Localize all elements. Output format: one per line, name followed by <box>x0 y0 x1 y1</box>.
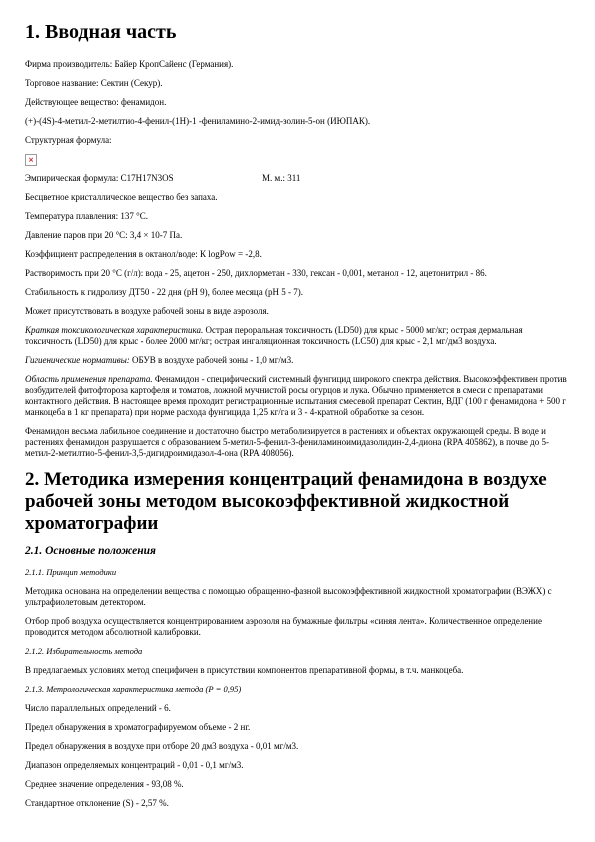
principle-paragraph-2: Отбор проб воздуха осуществляется концен… <box>25 616 570 638</box>
molar-mass-text: М. м.: 311 <box>262 173 300 184</box>
toxicology-lead: Краткая токсикологическая характеристика… <box>25 325 203 335</box>
manufacturer-line: Фирма производитель: Байер КропСайенс (Г… <box>25 59 570 70</box>
section-2-1-3-heading: 2.1.3. Метрологическая характеристика ме… <box>25 684 570 695</box>
metrology-line-detection-limit-air: Предел обнаружения в воздухе при отборе … <box>25 741 570 752</box>
section-2-1-heading: 2.1. Основные положения <box>25 544 570 558</box>
metrology-line-standard-deviation: Стандартное отклонение (S) - 2,57 %. <box>25 798 570 809</box>
aerosol-note-line: Может присутствовать в воздухе рабочей з… <box>25 306 570 317</box>
trade-name-line: Торговое название: Сектин (Секур). <box>25 78 570 89</box>
hygiene-standards-paragraph: Гигиенические нормативы: ОБУВ в воздухе … <box>25 355 570 366</box>
structural-formula-missing-image: × <box>25 154 37 166</box>
metrology-line-detection-limit-volume: Предел обнаружения в хроматографируемом … <box>25 722 570 733</box>
section-2-1-1-heading: 2.1.1. Принцип методики <box>25 567 570 578</box>
section-2-heading: 2. Методика измерения концентраций фенам… <box>25 469 570 535</box>
broken-image-icon: × <box>28 157 34 164</box>
empirical-formula-line: Эмпирическая формула: C17H17N3OS М. м.: … <box>25 173 570 184</box>
document-page: 1. Вводная часть Фирма производитель: Ба… <box>0 0 595 809</box>
partition-coefficient-line: Коэффициент распределения в октанол/воде… <box>25 249 570 260</box>
empirical-formula-text: Эмпирическая формула: C17H17N3OS <box>25 173 174 183</box>
metrology-line-mean-recovery: Среднее значение определения - 93,08 %. <box>25 779 570 790</box>
toxicology-paragraph: Краткая токсикологическая характеристика… <box>25 325 570 347</box>
hygiene-lead: Гигиенические нормативы: <box>25 355 130 365</box>
hygiene-rest: ОБУВ в воздухе рабочей зоны - 1,0 мг/м3. <box>130 355 294 365</box>
metrology-line-concentration-range: Диапазон определяемых концентраций - 0,0… <box>25 760 570 771</box>
section-2-1-2-heading: 2.1.2. Избирательность метода <box>25 646 570 657</box>
structural-formula-label: Структурная формула: <box>25 135 570 146</box>
appearance-line: Бесцветное кристаллическое вещество без … <box>25 192 570 203</box>
melting-point-line: Температура плавления: 137 °С. <box>25 211 570 222</box>
vapor-pressure-line: Давление паров при 20 °С: 3,4 × 10-7 Па. <box>25 230 570 241</box>
solubility-line: Растворимость при 20 °С (г/л): вода - 25… <box>25 268 570 279</box>
iupac-name-line: (+)-(4S)-4-метил-2-метилтио-4-фенил-(1Н)… <box>25 116 570 127</box>
metabolism-paragraph: Фенамидон весьма лабильное соединение и … <box>25 426 570 459</box>
section-1-heading: 1. Вводная часть <box>25 20 570 44</box>
principle-paragraph-1: Методика основана на определении веществ… <box>25 586 570 608</box>
application-area-paragraph: Область применения препарата. Фенамидон … <box>25 374 570 418</box>
active-substance-line: Действующее вещество: фенамидон. <box>25 97 570 108</box>
selectivity-paragraph: В предлагаемых условиях метод специфичен… <box>25 665 570 676</box>
application-lead: Область применения препарата. <box>25 374 153 384</box>
hydrolysis-stability-line: Стабильность к гидролизу ДТ50 - 22 дня (… <box>25 287 570 298</box>
metrology-line-parallel-determinations: Число параллельных определений - 6. <box>25 703 570 714</box>
